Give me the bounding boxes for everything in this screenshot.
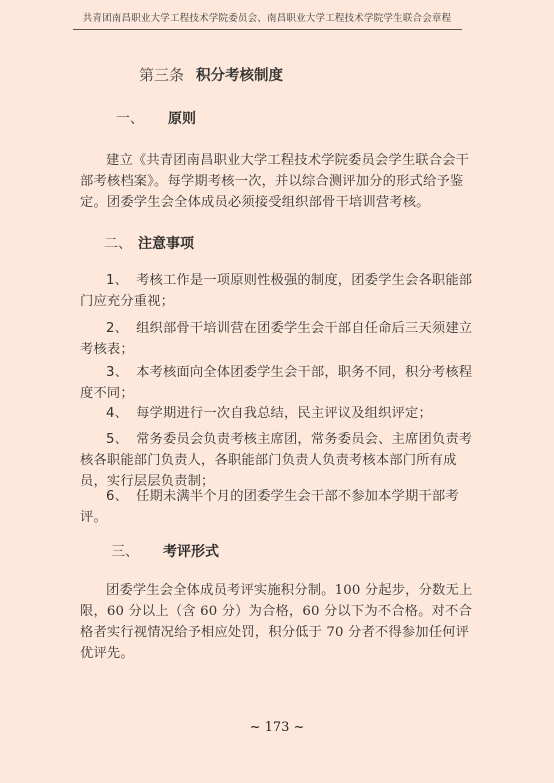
- list-item: 1、考核工作是一项原则性极强的制度，团委学生会各职能部门应充分重视；: [80, 270, 480, 312]
- item-text: 本考核面向全体团委学生会干部，职务不同，积分考核程度不同；: [80, 365, 472, 401]
- article-name: 积分考核制度: [196, 68, 283, 84]
- item-number: 2、: [106, 321, 128, 336]
- item-text: 考核工作是一项原则性极强的制度，团委学生会各职能部门应充分重视；: [80, 273, 472, 309]
- item-number: 4、: [106, 406, 128, 421]
- header-divider: [73, 29, 462, 30]
- list-item: 2、组织部骨干培训营在团委学生会干部自任命后三天须建立考核表；: [80, 318, 480, 360]
- paragraph-evaluation: 团委学生会全体成员考评实施积分制。100 分起步，分数无上限，60 分以上（含 …: [80, 580, 480, 664]
- section-index: 二、: [104, 236, 132, 252]
- section-title: 原则: [168, 111, 196, 127]
- item-text: 每学期进行一次自我总结，民主评议及组织评定；: [136, 406, 432, 421]
- article-title: 第三条积分考核制度: [139, 64, 283, 85]
- running-header: 共青团南昌职业大学工程技术学院委员会、南昌职业大学工程技术学院学生联合会章程: [72, 10, 462, 24]
- list-item: 3、本考核面向全体团委学生会干部，职务不同，积分考核程度不同；: [80, 362, 480, 404]
- page-number: ~ 173 ~: [0, 720, 554, 735]
- item-number: 3、: [106, 365, 128, 380]
- article-number: 第三条: [139, 66, 184, 84]
- item-text: 组织部骨干培训营在团委学生会干部自任命后三天须建立考核表；: [80, 321, 472, 357]
- list-item: 4、每学期进行一次自我总结，民主评议及组织评定；: [80, 403, 480, 424]
- item-number: 6、: [106, 489, 128, 504]
- section-heading-evaluation: 三、考评形式: [111, 541, 219, 561]
- section-index: 一、: [116, 111, 144, 127]
- section-title: 注意事项: [138, 236, 194, 252]
- item-text: 任期未满半个月的团委学生会干部不参加本学期干部考评。: [80, 489, 459, 525]
- section-index: 三、: [111, 544, 139, 560]
- item-number: 5、: [106, 432, 128, 447]
- list-item: 5、常务委员会负责考核主席团，常务委员会、主席团负责考核各职能部门负责人，各职能…: [80, 429, 480, 492]
- section-heading-principles: 一、原则: [116, 108, 196, 128]
- section-title: 考评形式: [163, 544, 219, 560]
- paragraph-principles: 建立《共青团南昌职业大学工程技术学院委员会学生联合会干部考核档案》。每学期考核一…: [80, 150, 480, 213]
- list-item: 6、任期未满半个月的团委学生会干部不参加本学期干部考评。: [80, 486, 480, 528]
- item-number: 1、: [106, 273, 128, 288]
- section-heading-notes: 二、注意事项: [104, 233, 194, 253]
- item-text: 常务委员会负责考核主席团，常务委员会、主席团负责考核各职能部门负责人，各职能部门…: [80, 432, 472, 489]
